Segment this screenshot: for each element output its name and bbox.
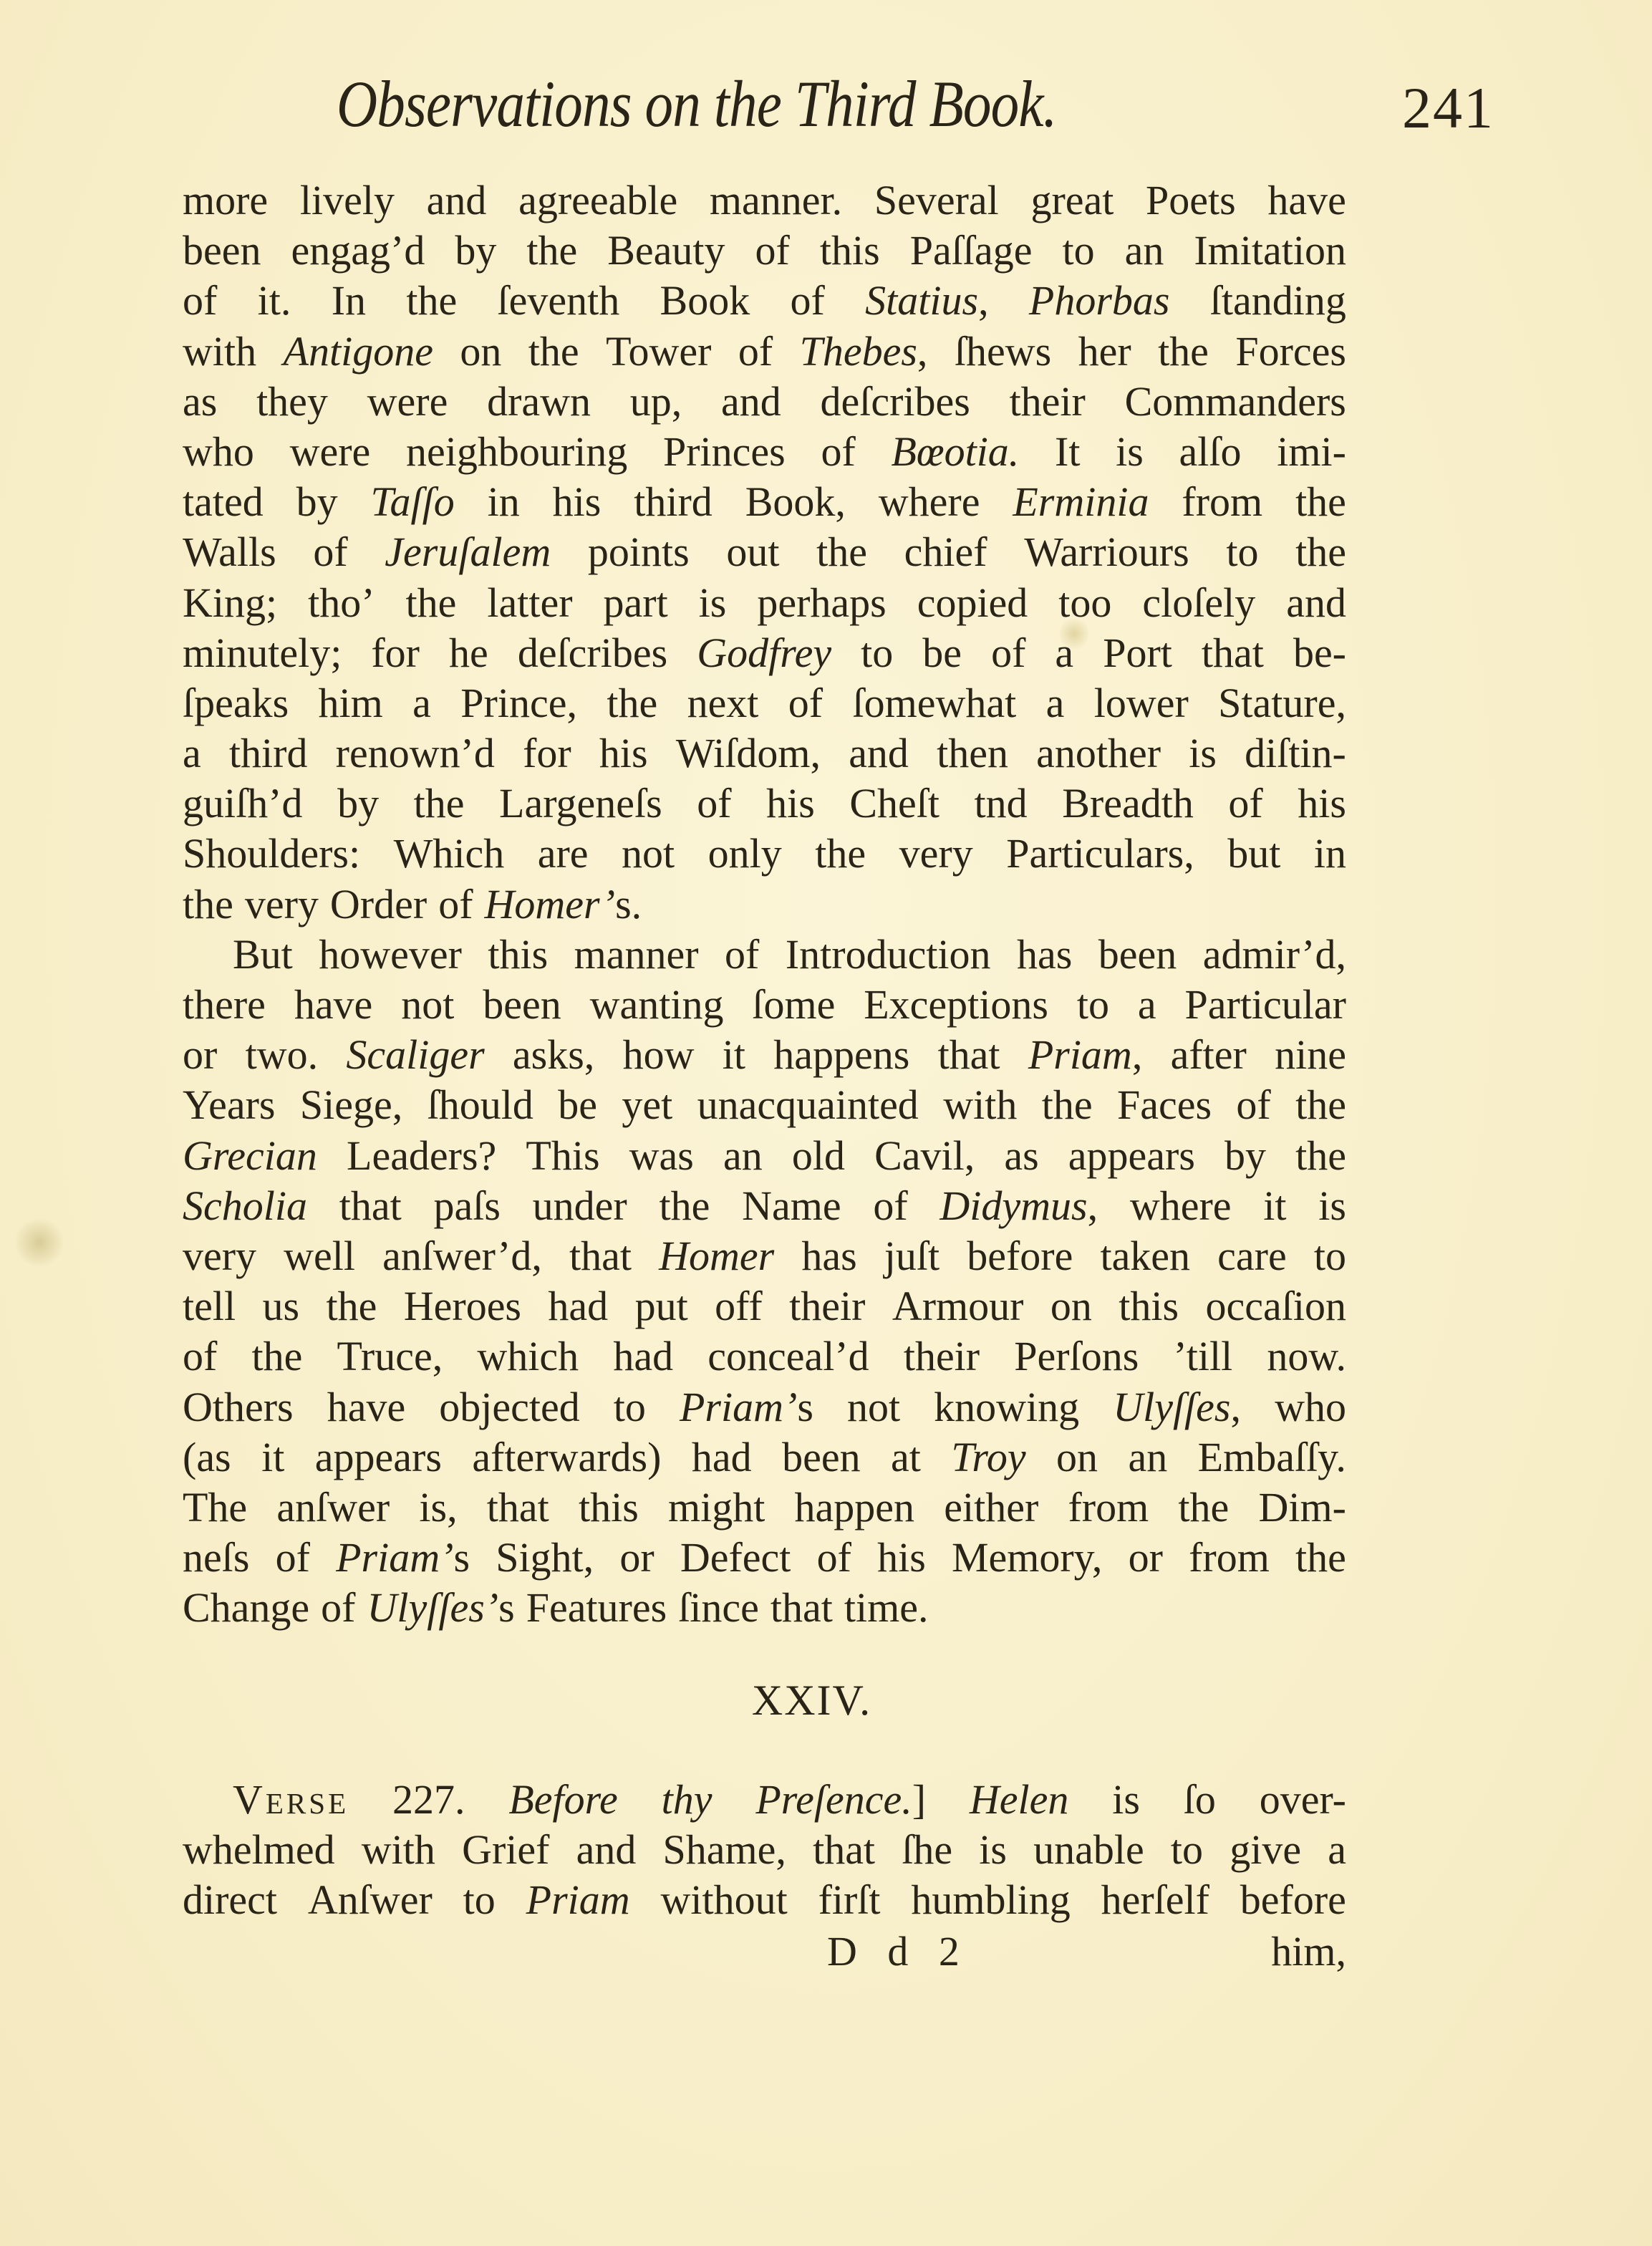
word: by [337, 779, 379, 829]
word: the [607, 678, 657, 728]
word: that [339, 1181, 402, 1231]
word: there [183, 980, 266, 1030]
word: on [460, 327, 501, 377]
word: of [1228, 779, 1262, 829]
word: Heroes [404, 1281, 521, 1331]
word: the [183, 879, 233, 930]
word: (as [183, 1432, 231, 1483]
word: of [738, 327, 773, 377]
word: and [1286, 578, 1346, 628]
word: manner [574, 930, 699, 980]
word: Priam [526, 1875, 630, 1925]
word: is [1189, 728, 1217, 779]
word: for [371, 628, 420, 678]
section-heading: XXIV. [0, 1676, 1652, 1725]
word: asks, [513, 1030, 594, 1080]
word: ſince [678, 1583, 759, 1633]
word: the [816, 527, 867, 577]
text-line: minutely;forhedeſcribesGodfreytobeofaPor… [183, 628, 1346, 678]
word: a [1055, 628, 1073, 678]
text-line: neſsofPriam’sSight,orDefectofhisMemory,o… [183, 1533, 1346, 1583]
word: but [1227, 829, 1280, 879]
word: humbling [911, 1875, 1070, 1925]
word: Anſwer [308, 1875, 433, 1925]
text-line: Verse227.BeforethyPreſence.]Helenisſoove… [183, 1775, 1346, 1825]
word: the [1178, 1483, 1229, 1533]
word: minutely; [183, 628, 342, 678]
word: of [321, 1583, 355, 1633]
word: Phorbas [1029, 276, 1170, 326]
word: tated [183, 477, 264, 527]
word: the [1295, 1080, 1346, 1130]
word: Scholia [183, 1181, 307, 1231]
word: to [1226, 527, 1258, 577]
word: very [899, 829, 973, 879]
text-line: athirdrenown’dforhisWiſdom,andthenanothe… [183, 728, 1346, 779]
word: agreeable [518, 175, 677, 226]
word: unacquainted [697, 1080, 919, 1130]
text-line: OthershaveobjectedtoPriam’snotknowingUly… [183, 1382, 1346, 1432]
word: of [755, 226, 790, 276]
word: Port [1103, 628, 1172, 678]
word: it [723, 1030, 745, 1080]
text-line: withAntigoneontheTowerofThebes,ſhewshert… [183, 327, 1346, 377]
paper-stain [14, 1218, 64, 1268]
word: that [487, 1483, 549, 1533]
word: has [1017, 930, 1072, 980]
word: time. [844, 1583, 929, 1633]
word: alſo [1179, 427, 1242, 477]
word: is [1112, 1775, 1140, 1825]
word: Poets [1146, 175, 1236, 226]
word: Antigone [284, 327, 433, 377]
text-line: (asitappearsafterwards)hadbeenatTroyonan… [183, 1432, 1346, 1483]
word: Which [394, 829, 505, 879]
word: he [449, 628, 488, 678]
word: Priam, [1028, 1030, 1143, 1080]
word: Statius, [865, 276, 988, 326]
word: renown’d [336, 728, 495, 779]
text-line: whowereneighbouringPrincesofBœotia.Itisa… [183, 427, 1346, 477]
word: not [622, 829, 675, 879]
word: are [538, 829, 589, 879]
word: that [1202, 628, 1264, 678]
word: this [488, 930, 548, 980]
word: to [1314, 1231, 1346, 1281]
word: engag’d [291, 226, 425, 276]
word: Jeruſalem [385, 527, 551, 577]
word: Stature, [1218, 678, 1346, 728]
word: Beauty [607, 226, 725, 276]
word: been [782, 1432, 861, 1483]
word: the [406, 578, 457, 628]
word: might [668, 1483, 765, 1533]
word: tell [183, 1281, 236, 1331]
word: of [276, 1533, 310, 1583]
word: a [1328, 1825, 1346, 1875]
word: that [938, 1030, 1000, 1080]
word: very [183, 1231, 256, 1281]
word: Book, [745, 477, 846, 527]
word: Thebes, [800, 327, 928, 377]
word: Prince, [460, 678, 577, 728]
word: a [412, 678, 431, 728]
word: next [687, 678, 759, 728]
word: two. [246, 1030, 319, 1080]
verse-note: Verse227.BeforethyPreſence.]Helenisſoove… [183, 1775, 1346, 1926]
word: ſomewhat [853, 678, 1017, 728]
word: Exceptions [864, 980, 1048, 1030]
text-line: astheyweredrawnup,anddeſcribestheirComma… [183, 377, 1346, 427]
word: Name [742, 1181, 841, 1231]
catchword: him, [1271, 1927, 1346, 1977]
word: who [183, 427, 254, 477]
word: Bœotia. [891, 427, 1019, 477]
word: an [1128, 1432, 1167, 1483]
word: not [401, 980, 454, 1030]
word: of [791, 276, 825, 326]
word: without [660, 1875, 787, 1925]
word: perhaps [757, 578, 886, 628]
word: Breadth [1062, 779, 1194, 829]
word: The [183, 1483, 247, 1533]
word: diſtin- [1245, 728, 1346, 779]
word: Warriours [1024, 527, 1189, 577]
word: his [1298, 779, 1346, 829]
word: Years [183, 1080, 275, 1130]
word: had [613, 1331, 673, 1382]
word: Priam’s [336, 1533, 470, 1583]
word: the [1295, 527, 1346, 577]
body-text: morelivelyandagreeablemanner.Severalgrea… [183, 175, 1346, 1633]
word: their [904, 1331, 980, 1382]
signature-mark: D d 2 [827, 1927, 970, 1977]
text-line: guiſh’dbytheLargeneſsofhisCheſttndBreadt… [183, 779, 1346, 829]
word: taken [1100, 1231, 1190, 1281]
running-head: Observations on the Third Book. 241 [0, 66, 1652, 152]
word: Ulyſſes’s [367, 1583, 515, 1633]
word: Imitation [1194, 226, 1346, 276]
text-line: oftheTruce,whichhadconceal’dtheirPerſons… [183, 1331, 1346, 1382]
word: up, [630, 377, 682, 427]
word: is [1318, 1181, 1346, 1231]
text-line: ButhoweverthismannerofIntroductionhasbee… [183, 930, 1346, 980]
text-line: ScholiathatpaſsundertheNameofDidymus,whe… [183, 1181, 1346, 1231]
word: deſcribes [518, 628, 667, 678]
word: his [553, 477, 602, 527]
text-line: whelmedwithGriefandShame,thatſheisunable… [183, 1825, 1346, 1875]
word: But [233, 930, 293, 980]
word: third [634, 477, 713, 527]
word: Shoulders: [183, 829, 360, 879]
word: points [588, 527, 690, 577]
word: give [1230, 1825, 1301, 1875]
word: a [1138, 980, 1156, 1030]
word: or [619, 1533, 654, 1583]
word: Grief [462, 1825, 549, 1875]
word: by [296, 477, 338, 527]
word: now. [1267, 1331, 1346, 1382]
word: from [1182, 477, 1262, 527]
word: ſpeaks [183, 678, 289, 728]
word: before [1240, 1875, 1346, 1925]
word: appears [315, 1432, 442, 1483]
word: ’till [1173, 1331, 1232, 1382]
word: have [327, 1382, 406, 1432]
word: whelmed [183, 1825, 335, 1875]
word: anſwer [276, 1483, 390, 1533]
word: of [725, 930, 759, 980]
word: Book [660, 276, 750, 326]
word: her [1078, 327, 1131, 377]
word: wanting [590, 980, 724, 1030]
word: not [847, 1382, 900, 1432]
word: be- [1293, 628, 1346, 678]
word: the [1295, 1131, 1346, 1181]
word: this [820, 226, 880, 276]
word: on [1056, 1432, 1098, 1483]
word: happens [773, 1030, 909, 1080]
word: juſt [884, 1231, 939, 1281]
running-title: Observations on the Third Book. [337, 66, 1088, 142]
word: be [922, 628, 962, 678]
word: the [1295, 477, 1346, 527]
word: the [406, 276, 457, 326]
word: been [183, 226, 261, 276]
word: Memory, [952, 1533, 1102, 1583]
word: Walls [183, 527, 276, 577]
word: of [313, 527, 347, 577]
word: his [877, 1533, 926, 1583]
word: the [528, 327, 579, 377]
word: however [319, 930, 462, 980]
word: manner. [710, 175, 842, 226]
word: either [944, 1483, 1038, 1533]
word: nine [1275, 1030, 1346, 1080]
text-line: YearsSiege,ſhouldbeyetunacquaintedwithth… [183, 1080, 1346, 1130]
word: from [1068, 1483, 1149, 1533]
word: ſhould [428, 1080, 533, 1130]
word: over- [1260, 1775, 1346, 1825]
word: of [697, 779, 731, 829]
word: him [319, 678, 383, 728]
word: Tower [606, 327, 711, 377]
word: of [788, 678, 823, 728]
page-number: 241 [1402, 74, 1494, 142]
word: the [252, 1331, 303, 1382]
word: 227. [392, 1775, 465, 1825]
text-line: Theanſweris,thatthismighthappeneitherfro… [183, 1483, 1346, 1533]
word: as [1004, 1131, 1038, 1181]
word: Sight, [496, 1533, 594, 1583]
word: ſhews [955, 327, 1051, 377]
word: before [967, 1231, 1073, 1281]
word: anſwer’d, [382, 1231, 542, 1281]
word: then [937, 728, 1008, 779]
text-line: GrecianLeaders?ThiswasanoldCavil,asappea… [183, 1131, 1346, 1181]
word: that [569, 1231, 632, 1281]
word: an [723, 1131, 763, 1181]
word: is [1116, 427, 1144, 477]
word: were [367, 377, 448, 427]
word: the [526, 226, 577, 276]
word: Cheſt [849, 779, 939, 829]
text-line: ChangeofUlyſſes’sFeaturesſincethattime. [183, 1583, 1346, 1633]
word: is [699, 578, 727, 628]
word: Before [508, 1775, 617, 1825]
word: of [183, 276, 217, 326]
word: from [1189, 1533, 1270, 1583]
word: that [771, 1583, 833, 1633]
word: it. [258, 276, 291, 326]
word: Truce, [337, 1331, 443, 1382]
word: or [183, 1030, 217, 1080]
word: old [792, 1131, 845, 1181]
word: unable [1033, 1825, 1144, 1875]
word: the [1158, 327, 1209, 377]
word: yet [622, 1080, 672, 1130]
text-line: theveryOrderofHomer’s. [183, 879, 1346, 930]
word: lower [1094, 678, 1189, 728]
word: be [558, 1080, 597, 1130]
word: who [1275, 1382, 1346, 1432]
word: and [576, 1825, 637, 1875]
word: a [1046, 678, 1065, 728]
word: the [326, 1281, 377, 1331]
word: Largeneſs [499, 779, 662, 829]
word: Embaſſy. [1198, 1432, 1346, 1483]
word: Wiſdom, [676, 728, 821, 779]
word: of [183, 1331, 217, 1382]
word: Ulyſſes, [1113, 1382, 1241, 1432]
word: have [1267, 175, 1346, 226]
word: great [1030, 175, 1114, 226]
word: off [715, 1281, 763, 1331]
word: King; [183, 578, 277, 628]
word: care [1217, 1231, 1287, 1281]
text-line: verywellanſwer’d,thatHomerhasjuſtbeforet… [183, 1231, 1346, 1281]
word: Grecian [183, 1131, 317, 1181]
word: out [726, 527, 779, 577]
word: Dim- [1258, 1483, 1346, 1533]
word: Siege, [300, 1080, 402, 1130]
word: which [477, 1331, 579, 1382]
word: the [659, 1181, 710, 1231]
word: Princes [663, 427, 786, 477]
word: put [635, 1281, 688, 1331]
word: with [943, 1080, 1017, 1130]
text-line: morelivelyandagreeablemanner.Severalgrea… [183, 175, 1346, 226]
word: Priam’s [680, 1382, 813, 1432]
word: or [1129, 1533, 1163, 1583]
word: have [294, 980, 373, 1030]
word: their [789, 1281, 865, 1331]
word: Faces [1117, 1080, 1212, 1130]
word: conceal’d [707, 1331, 869, 1382]
word: Particular [1185, 980, 1346, 1030]
word: drawn [487, 377, 591, 427]
word: the [815, 829, 866, 879]
word: at [891, 1432, 921, 1483]
word: well [284, 1231, 355, 1281]
word: to [1077, 980, 1109, 1030]
word: with [362, 1825, 435, 1875]
section-number: XXIV. [752, 1676, 871, 1725]
word: chief [904, 527, 987, 577]
word: it [261, 1432, 284, 1483]
word: another [1036, 728, 1161, 779]
word: where [1130, 1181, 1232, 1231]
word: Perſons [1014, 1331, 1139, 1382]
word: Leaders? [347, 1131, 496, 1181]
text-line: therehavenotbeenwantingſomeExceptionstoa… [183, 980, 1346, 1030]
word: had [548, 1281, 608, 1331]
word: guiſh’d [183, 779, 303, 829]
word: his [766, 779, 815, 829]
word: of [821, 427, 855, 477]
word: Godfrey [697, 628, 831, 678]
text-line: King;tho’thelatterpartisperhapscopiedtoo… [183, 578, 1346, 628]
word: under [533, 1181, 627, 1231]
word: Forces [1235, 327, 1346, 377]
word: ſome [752, 980, 835, 1030]
word: the [1295, 1533, 1346, 1583]
word: on [1050, 1281, 1092, 1331]
word: how [623, 1030, 695, 1080]
word: Others [183, 1382, 294, 1432]
word: Homer’s. [485, 879, 642, 930]
word: been [1098, 930, 1177, 980]
text-line: directAnſwertoPriamwithoutfirſthumblingh… [183, 1875, 1346, 1925]
word: an [1125, 226, 1164, 276]
word: herſelf [1101, 1875, 1209, 1925]
text-line: ſpeakshimaPrince,thenextofſomewhatalower… [183, 678, 1346, 728]
word: Troy [951, 1432, 1025, 1483]
word: tho’ [308, 578, 375, 628]
word: occaſion [1205, 1281, 1346, 1331]
word: his [599, 728, 648, 779]
word: to [861, 628, 893, 678]
word: to [463, 1875, 496, 1925]
word: in [488, 477, 520, 527]
word: lively [300, 175, 395, 226]
word: they [256, 377, 328, 427]
word: is, [419, 1483, 457, 1533]
word: This [526, 1131, 599, 1181]
word: neſs [183, 1533, 249, 1583]
word: part [604, 578, 668, 628]
word: very [245, 879, 319, 930]
word: the [414, 779, 465, 829]
word: It [1055, 427, 1080, 477]
word: been [483, 980, 561, 1030]
word: happen [795, 1483, 915, 1533]
word: Preſence.] [755, 1775, 926, 1825]
word: third [229, 728, 308, 779]
word: admir’d, [1203, 930, 1346, 980]
word: Introduction [786, 930, 991, 980]
word: more [183, 175, 268, 226]
word: to [1171, 1825, 1203, 1875]
word: it [1263, 1181, 1286, 1231]
word: where [879, 477, 980, 527]
word: Didymus, [939, 1181, 1098, 1231]
text-line: ofit.IntheſeventhBookofStatius,Phorbasſt… [183, 276, 1346, 326]
word: objected [439, 1382, 579, 1432]
word: this [1119, 1281, 1179, 1331]
word: In [332, 276, 366, 326]
word: in [1314, 829, 1346, 879]
